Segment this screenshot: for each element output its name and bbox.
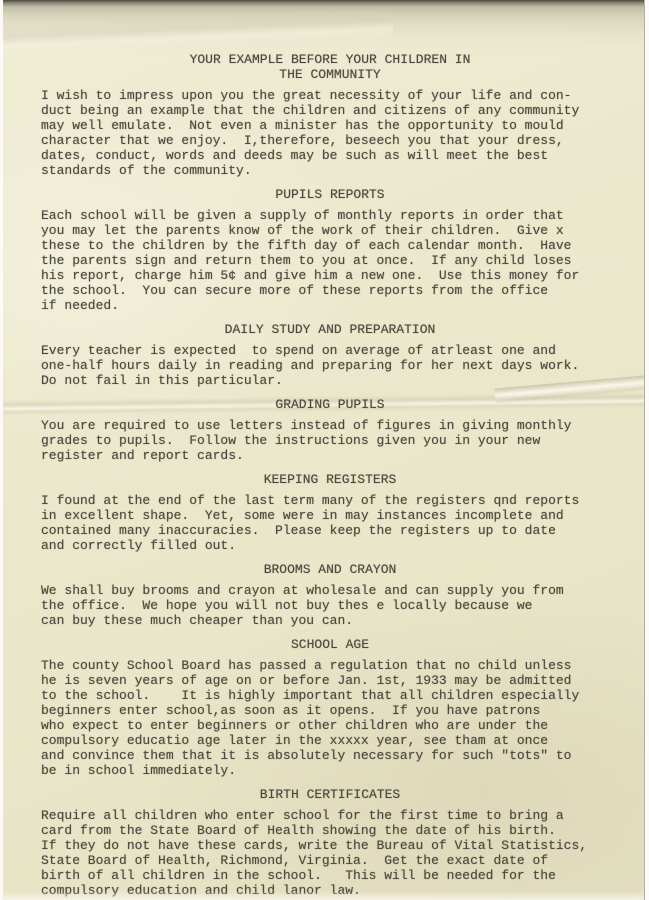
- section-heading: SCHOOL AGE: [41, 637, 619, 652]
- section-heading: PUPILS REPORTS: [41, 187, 619, 202]
- section-paragraph: We shall buy brooms and crayon at wholes…: [41, 583, 619, 628]
- section-heading: GRADING PUPILS: [41, 397, 619, 412]
- section-pupils-reports: PUPILS REPORTS Each school will be given…: [41, 187, 619, 313]
- intro-paragraph: I wish to impress upon you the great nec…: [41, 88, 619, 178]
- section-heading: BIRTH CERTIFICATES: [41, 787, 619, 802]
- section-paragraph: Require all children who enter school fo…: [41, 808, 619, 898]
- scan-right-edge: [644, 0, 649, 900]
- section-school-age: SCHOOL AGE The county School Board has p…: [41, 637, 619, 778]
- typewritten-content: YOUR EXAMPLE BEFORE YOUR CHILDREN IN THE…: [41, 52, 619, 898]
- paper-sheet: YOUR EXAMPLE BEFORE YOUR CHILDREN IN THE…: [3, 0, 645, 900]
- document-title: YOUR EXAMPLE BEFORE YOUR CHILDREN IN THE…: [41, 52, 619, 82]
- section-heading: DAILY STUDY AND PREPARATION: [41, 322, 619, 337]
- section-grading-pupils: GRADING PUPILS You are required to use l…: [41, 397, 619, 463]
- section-paragraph: Each school will be given a supply of mo…: [41, 208, 619, 313]
- section-brooms-crayon: BROOMS AND CRAYON We shall buy brooms an…: [41, 562, 619, 628]
- document-scan: YOUR EXAMPLE BEFORE YOUR CHILDREN IN THE…: [0, 0, 649, 900]
- section-paragraph: I found at the end of the last term many…: [41, 493, 619, 553]
- section-heading: BROOMS AND CRAYON: [41, 562, 619, 577]
- section-keeping-registers: KEEPING REGISTERS I found at the end of …: [41, 472, 619, 553]
- section-birth-certificates: BIRTH CERTIFICATES Require all children …: [41, 787, 619, 898]
- section-paragraph: The county School Board has passed a reg…: [41, 658, 619, 778]
- scan-left-edge: [0, 0, 3, 900]
- section-heading: KEEPING REGISTERS: [41, 472, 619, 487]
- section-daily-study: DAILY STUDY AND PREPARATION Every teache…: [41, 322, 619, 388]
- paper-bottom-fade: [3, 891, 645, 900]
- section-paragraph: Every teacher is expected to spend on av…: [41, 343, 619, 388]
- section-paragraph: You are required to use letters instead …: [41, 418, 619, 463]
